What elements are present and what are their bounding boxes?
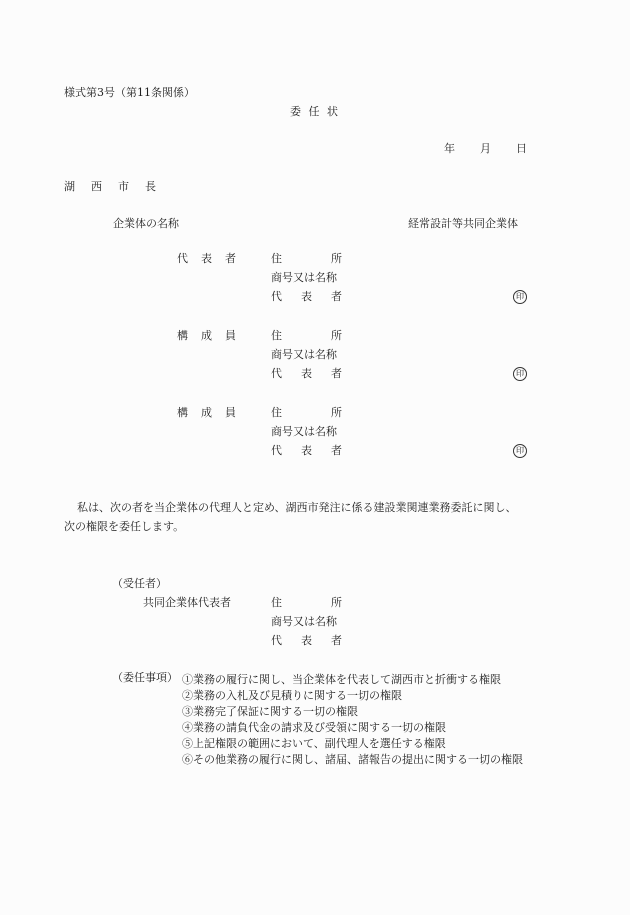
role-char: 員 — [225, 330, 236, 341]
trade-name-label: 商号又は名称 — [271, 426, 337, 437]
addressee-char: 市 — [118, 181, 129, 192]
address-label: 所 — [331, 330, 342, 341]
body-text-line2: 次の権限を委任します。 — [64, 521, 184, 532]
seal-icon: 印 — [513, 444, 527, 458]
role-char: 代 — [177, 253, 188, 264]
representative-label: 者 — [331, 445, 342, 456]
address-label: 所 — [331, 597, 342, 608]
month-label: 月 — [480, 143, 491, 154]
body-text-line1: 私は、次の者を当企業体の代理人と定め、湖西市発注に係る建設業関連業務委託に関し、 — [77, 502, 517, 513]
agent-role: 共同企業体代表者 — [143, 597, 231, 608]
address-label: 住 — [271, 330, 282, 341]
address-label: 住 — [271, 597, 282, 608]
delegated-matter-item: ⑥その他業務の履行に関し、諸届、諸報告の提出に関する一切の権限 — [182, 752, 523, 768]
representative-label: 者 — [331, 368, 342, 379]
form-number: 様式第3号（第11条関係） — [64, 87, 195, 98]
address-label: 所 — [331, 253, 342, 264]
role-char: 者 — [225, 253, 236, 264]
addressee-char: 湖 — [64, 181, 75, 192]
trade-name-label: 商号又は名称 — [271, 272, 337, 283]
representative-label: 表 — [301, 635, 312, 646]
enterprise-name-value: 経常設計等共同企業体 — [408, 218, 518, 229]
delegated-matter-item: ④業務の請負代金の請求及び受領に関する一切の権限 — [182, 720, 523, 736]
seal-icon: 印 — [513, 290, 527, 304]
enterprise-name-label: 企業体の名称 — [113, 218, 179, 229]
seal-icon: 印 — [513, 367, 527, 381]
address-label: 住 — [271, 253, 282, 264]
address-label: 住 — [271, 407, 282, 418]
delegated-matter-item: ①業務の履行に関し、当企業体を代表して湖西市と折衝する権限 — [182, 672, 523, 688]
addressee-char: 長 — [145, 181, 156, 192]
addressee-char: 西 — [91, 181, 102, 192]
representative-label: 表 — [301, 291, 312, 302]
representative-label: 代 — [271, 368, 282, 379]
representative-label: 代 — [271, 291, 282, 302]
representative-label: 表 — [301, 368, 312, 379]
role-char: 員 — [225, 407, 236, 418]
role-char: 構 — [177, 330, 188, 341]
representative-label: 代 — [271, 445, 282, 456]
agent-heading: （受任者） — [112, 578, 167, 589]
delegated-matter-item: ⑤上記権限の範囲において、副代理人を選任する権限 — [182, 736, 523, 752]
year-label: 年 — [444, 143, 455, 154]
role-char: 成 — [201, 330, 212, 341]
representative-label: 表 — [301, 445, 312, 456]
delegated-matter-item: ③業務完了保証に関する一切の権限 — [182, 704, 523, 720]
representative-label: 者 — [331, 635, 342, 646]
trade-name-label: 商号又は名称 — [271, 616, 337, 627]
representative-label: 者 — [331, 291, 342, 302]
representative-label: 代 — [271, 635, 282, 646]
role-char: 成 — [201, 407, 212, 418]
role-char: 構 — [177, 407, 188, 418]
address-label: 所 — [331, 407, 342, 418]
delegated-matters-heading: （委任事項） — [112, 672, 178, 683]
day-label: 日 — [516, 143, 527, 154]
document-title: 委 任 状 — [290, 106, 340, 117]
trade-name-label: 商号又は名称 — [271, 349, 337, 360]
delegated-matters-list: ①業務の履行に関し、当企業体を代表して湖西市と折衝する権限 ②業務の入札及び見積… — [182, 672, 523, 768]
delegated-matter-item: ②業務の入札及び見積りに関する一切の権限 — [182, 688, 523, 704]
role-char: 表 — [201, 253, 212, 264]
